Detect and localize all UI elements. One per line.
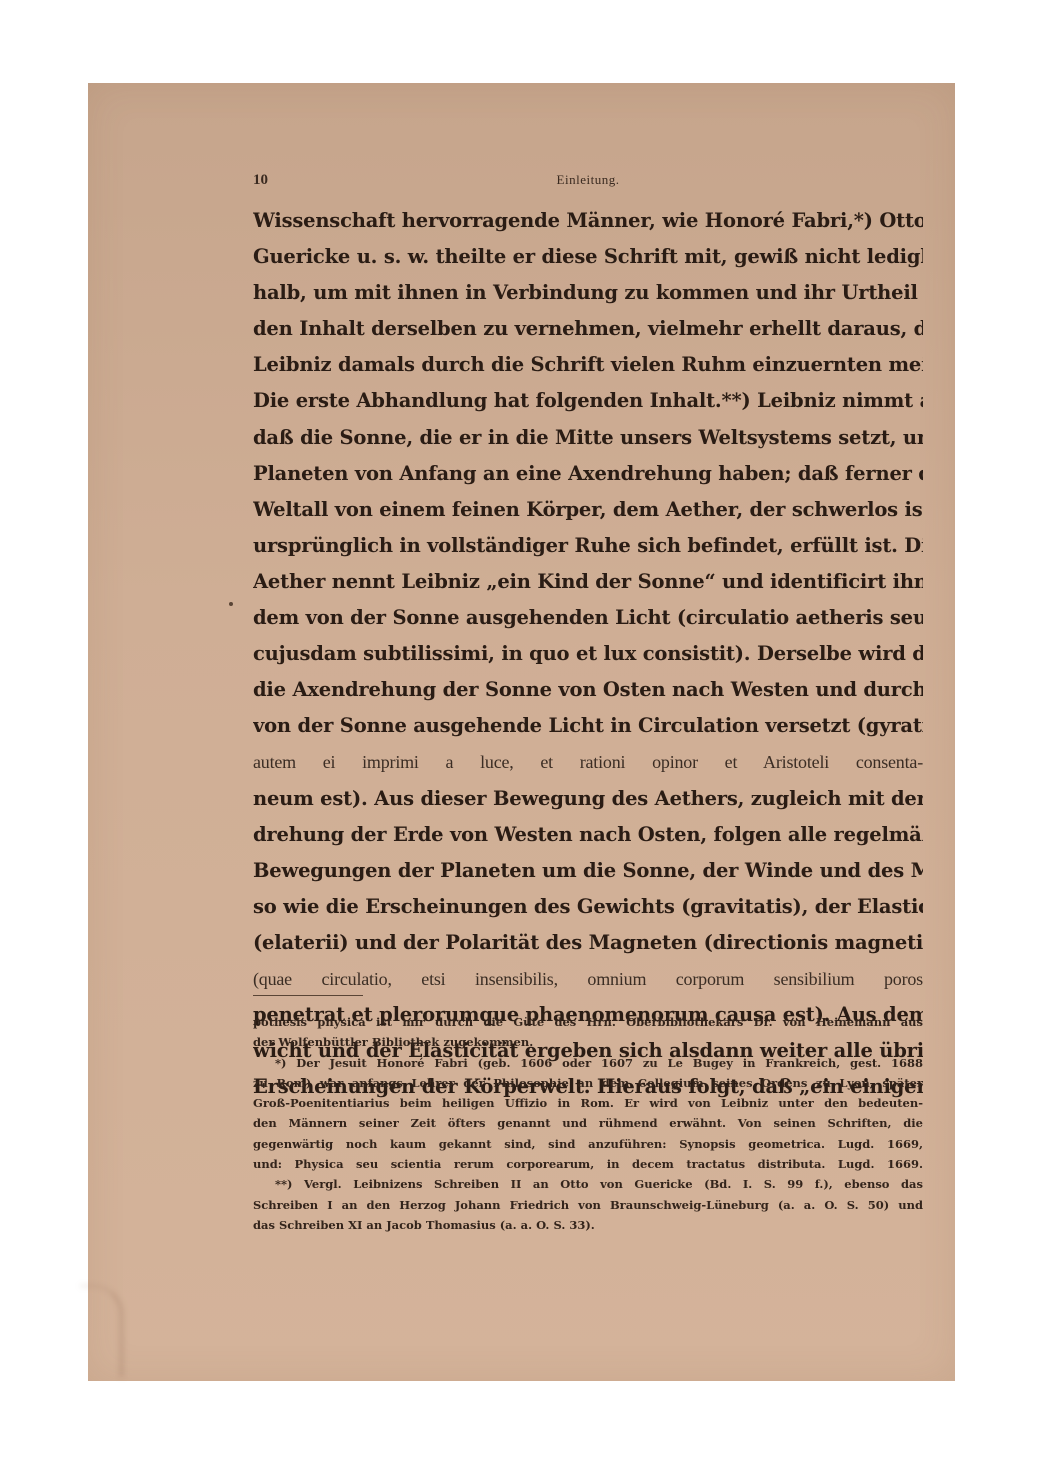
body-line: autem ei imprimi a luce, et rationi opin…	[253, 744, 923, 780]
body-line: (elaterii) und der Polarität des Magnete…	[253, 925, 923, 961]
body-line: halb, um mit ihnen in Verbindung zu komm…	[253, 275, 923, 311]
footnote-line: zu Rom) war anfangs Lehrer der Philosoph…	[253, 1073, 923, 1093]
page-shadow-mark	[80, 1285, 123, 1377]
body-line: Wissenschaft hervorragende Männer, wie H…	[253, 203, 923, 239]
footnote-line: gegenwärtig noch kaum gekannt sind, sind…	[253, 1134, 923, 1154]
footnotes: pothesis physica ist mir durch die Güte …	[253, 1012, 923, 1235]
margin-dot	[229, 602, 233, 606]
body-line: die Axendrehung der Sonne von Osten nach…	[253, 672, 923, 708]
body-line: Aether nennt Leibniz „ein Kind der Sonne…	[253, 564, 923, 600]
body-line: Weltall von einem feinen Körper, dem Aet…	[253, 492, 923, 528]
body-line: Planeten von Anfang an eine Axendrehung …	[253, 456, 923, 492]
footnote-line: das Schreiben XI an Jacob Thomasius (a. …	[253, 1215, 923, 1235]
body-line: ursprünglich in vollständiger Ruhe sich …	[253, 528, 923, 564]
page-header: 10 Einleitung.	[253, 172, 923, 194]
running-head: Einleitung.	[253, 172, 923, 188]
body-line: cujusdam subtilissimi, in quo et lux con…	[253, 636, 923, 672]
footnote-line: und: Physica seu scientia rerum corporea…	[253, 1154, 923, 1174]
footnote-line: der Wolfenbüttler Bibliothek zugekommen.	[253, 1032, 923, 1052]
footnote-line: pothesis physica ist mir durch die Güte …	[253, 1012, 923, 1032]
body-line: so wie die Erscheinungen des Gewichts (g…	[253, 889, 923, 925]
body-line: drehung der Erde von Westen nach Osten, …	[253, 817, 923, 853]
body-line: dem von der Sonne ausgehenden Licht (cir…	[253, 600, 923, 636]
body-line: den Inhalt derselben zu vernehmen, vielm…	[253, 311, 923, 347]
body-line: Die erste Abhandlung hat folgenden Inhal…	[253, 383, 923, 419]
body-line: Bewegungen der Planeten um die Sonne, de…	[253, 853, 923, 889]
body-line: neum est). Aus dieser Bewegung des Aethe…	[253, 781, 923, 817]
footnote-line: Groß-Poenitentiarius beim heiligen Uffiz…	[253, 1093, 923, 1113]
footnote-line: den Männern seiner Zeit öfters genannt u…	[253, 1113, 923, 1133]
footnote-separator	[253, 995, 363, 996]
body-line: daß die Sonne, die er in die Mitte unser…	[253, 420, 923, 456]
footnote-line: *) Der Jesuit Honoré Fabri (geb. 1606 od…	[253, 1053, 923, 1073]
body-line: Guericke u. s. w. theilte er diese Schri…	[253, 239, 923, 275]
body-line: von der Sonne ausgehende Licht in Circul…	[253, 708, 923, 744]
footnote-line: **) Vergl. Leibnizens Schreiben II an Ot…	[253, 1174, 923, 1194]
body-line: Leibniz damals durch die Schrift vielen …	[253, 347, 923, 383]
body-line: (quae circulatio, etsi insensibilis, omn…	[253, 961, 923, 997]
body-text: Wissenschaft hervorragende Männer, wie H…	[253, 203, 923, 1105]
footnote-line: Schreiben I an den Herzog Johann Friedri…	[253, 1195, 923, 1215]
